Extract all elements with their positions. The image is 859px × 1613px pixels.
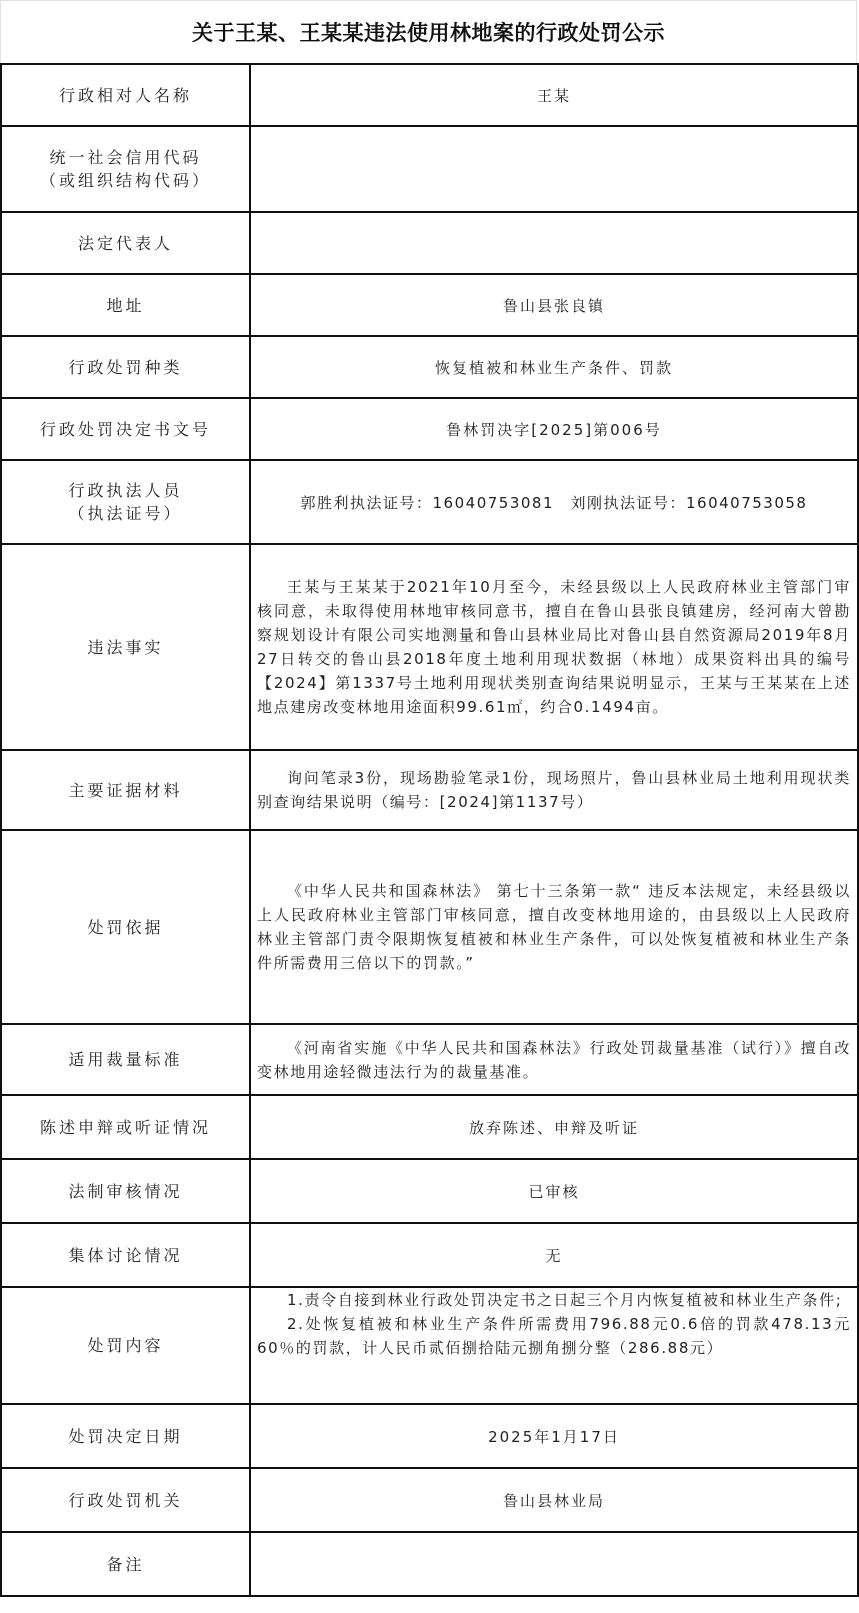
paragraph: 《河南省实施《中华人民共和国森林法》行政处罚裁量基准（试行）》擅自改变林地用途轻…	[257, 1036, 851, 1084]
row-label: 适用裁量标准	[1, 1024, 250, 1095]
row-value: 《河南省实施《中华人民共和国森林法》行政处罚裁量基准（试行）》擅自改变林地用途轻…	[250, 1024, 858, 1095]
table-row: 法定代表人	[1, 212, 858, 274]
row-value: 2025年1月17日	[250, 1404, 858, 1468]
row-label: 法制审核情况	[1, 1159, 250, 1223]
row-label: 集体讨论情况	[1, 1223, 250, 1287]
row-value: 放弃陈述、申辩及听证	[250, 1095, 858, 1159]
row-label: 处罚内容	[1, 1287, 250, 1404]
row-value: 无	[250, 1223, 858, 1287]
row-label: 统一社会信用代码 （或组织结构代码）	[1, 126, 250, 212]
table-row: 处罚内容 1.责令自接到林业行政处罚决定书之日起三个月内恢复植被和林业生产条件;…	[1, 1287, 858, 1404]
row-label: 行政处罚机关	[1, 1468, 250, 1532]
row-label: 行政处罚决定书文号	[1, 398, 250, 460]
table-row: 统一社会信用代码 （或组织结构代码）	[1, 126, 858, 212]
title-box: 关于王某、王某某违法使用林地案的行政处罚公示	[0, 0, 857, 63]
row-label: 备注	[1, 1532, 250, 1596]
row-value: 《中华人民共和国森林法》 第七十三条第一款“ 违反本法规定，未经县级以上人民政府…	[250, 830, 858, 1024]
paragraph: 王某与王某某于2021年10月至今，未经县级以上人民政府林业主管部门审核同意，未…	[257, 575, 851, 719]
table-row: 法制审核情况 已审核	[1, 1159, 858, 1223]
row-value: 询问笔录3份，现场勘验笔录1份，现场照片，鲁山县林业局土地利用现状类别查询结果说…	[250, 750, 858, 830]
table-row: 处罚依据 《中华人民共和国森林法》 第七十三条第一款“ 违反本法规定，未经县级以…	[1, 830, 858, 1024]
label-line: 统一社会信用代码	[2, 146, 249, 169]
paragraph: 询问笔录3份，现场勘验笔录1份，现场照片，鲁山县林业局土地利用现状类别查询结果说…	[257, 766, 851, 814]
table-row: 陈述申辩或听证情况 放弃陈述、申辩及听证	[1, 1095, 858, 1159]
row-label: 地址	[1, 274, 250, 336]
row-label: 处罚决定日期	[1, 1404, 250, 1468]
row-label: 违法事实	[1, 544, 250, 750]
table-row: 处罚决定日期 2025年1月17日	[1, 1404, 858, 1468]
row-label: 行政执法人员 （执法证号）	[1, 460, 250, 544]
row-label: 陈述申辩或听证情况	[1, 1095, 250, 1159]
table-row: 集体讨论情况 无	[1, 1223, 858, 1287]
table-row: 违法事实 王某与王某某于2021年10月至今，未经县级以上人民政府林业主管部门审…	[1, 544, 858, 750]
row-value: 1.责令自接到林业行政处罚决定书之日起三个月内恢复植被和林业生产条件; 2.处恢…	[250, 1287, 858, 1404]
row-value: 郭胜利执法证号：16040753081 刘刚执法证号：16040753058	[250, 460, 858, 544]
table-row: 适用裁量标准 《河南省实施《中华人民共和国森林法》行政处罚裁量基准（试行）》擅自…	[1, 1024, 858, 1095]
row-value	[250, 126, 858, 212]
row-value: 王某	[250, 64, 858, 126]
paragraph: 《中华人民共和国森林法》 第七十三条第一款“ 违反本法规定，未经县级以上人民政府…	[257, 879, 851, 975]
label-line: （或组织结构代码）	[2, 169, 249, 192]
row-label: 行政处罚种类	[1, 336, 250, 398]
table-row: 行政执法人员 （执法证号） 郭胜利执法证号：16040753081 刘刚执法证号…	[1, 460, 858, 544]
table-row: 行政处罚种类 恢复植被和林业生产条件、罚款	[1, 336, 858, 398]
row-label: 主要证据材料	[1, 750, 250, 830]
row-value	[250, 212, 858, 274]
label-line: 行政执法人员	[2, 479, 249, 502]
paragraph: 2.处恢复植被和林业生产条件所需费用796.88元0.6倍的罚款478.13元6…	[257, 1312, 851, 1360]
row-label: 法定代表人	[1, 212, 250, 274]
table-row: 行政处罚决定书文号 鲁林罚决字[2025]第006号	[1, 398, 858, 460]
label-line: （执法证号）	[2, 502, 249, 525]
row-value: 王某与王某某于2021年10月至今，未经县级以上人民政府林业主管部门审核同意，未…	[250, 544, 858, 750]
table-row: 主要证据材料 询问笔录3份，现场勘验笔录1份，现场照片，鲁山县林业局土地利用现状…	[1, 750, 858, 830]
row-value: 鲁山县张良镇	[250, 274, 858, 336]
table-row: 地址 鲁山县张良镇	[1, 274, 858, 336]
paragraph: 1.责令自接到林业行政处罚决定书之日起三个月内恢复植被和林业生产条件;	[257, 1288, 851, 1312]
table-row: 行政相对人名称 王某	[1, 64, 858, 126]
row-value: 恢复植被和林业生产条件、罚款	[250, 336, 858, 398]
row-value: 鲁林罚决字[2025]第006号	[250, 398, 858, 460]
row-label: 处罚依据	[1, 830, 250, 1024]
row-label: 行政相对人名称	[1, 64, 250, 126]
penalty-content: 1.责令自接到林业行政处罚决定书之日起三个月内恢复植被和林业生产条件; 2.处恢…	[257, 1288, 851, 1401]
penalty-notice-table: 行政相对人名称 王某 统一社会信用代码 （或组织结构代码） 法定代表人 地址 鲁…	[0, 63, 859, 1597]
table-row: 备注	[1, 1532, 858, 1596]
table-row: 行政处罚机关 鲁山县林业局	[1, 1468, 858, 1532]
row-value: 已审核	[250, 1159, 858, 1223]
row-value	[250, 1532, 858, 1596]
row-value: 鲁山县林业局	[250, 1468, 858, 1532]
page-title: 关于王某、王某某违法使用林地案的行政处罚公示	[192, 17, 665, 47]
